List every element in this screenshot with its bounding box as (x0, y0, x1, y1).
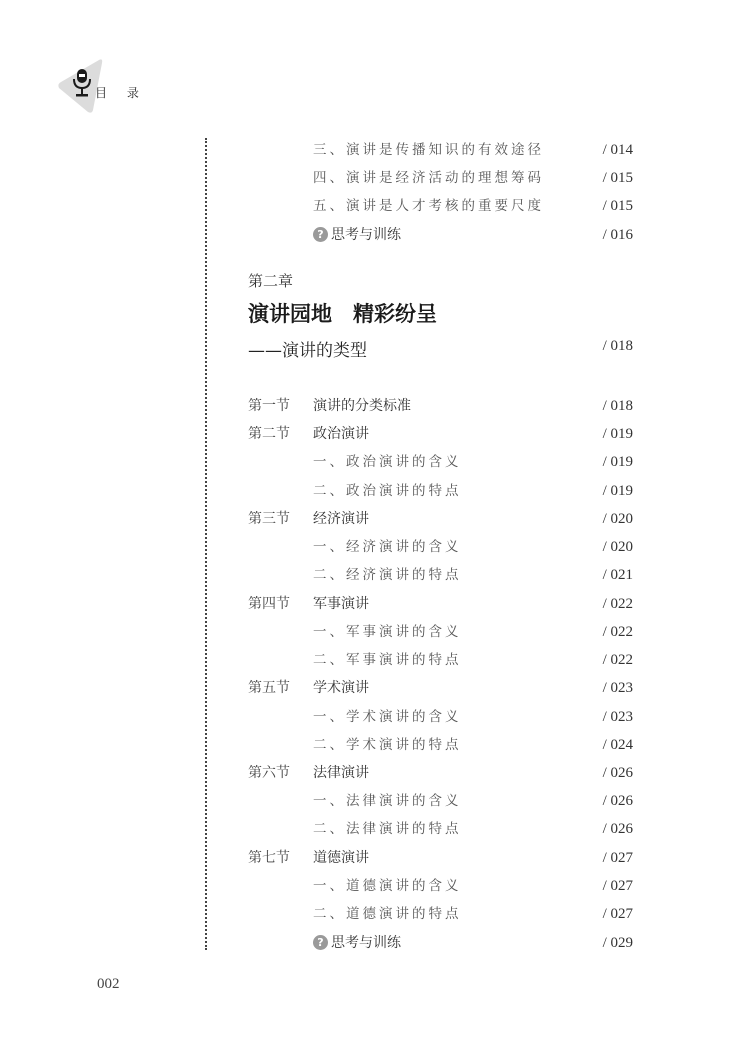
page-number: / 019 (603, 422, 633, 446)
entry-label: 四、演讲是经济活动的理想筹码 (313, 166, 544, 190)
entry-label: 五、演讲是人才考核的重要尺度 (313, 194, 544, 218)
toc-entry[interactable]: 二、法律演讲的特点 / 026 (0, 817, 750, 841)
section-label: 政治演讲 (313, 422, 369, 446)
section-label: 演讲的分类标准 (313, 394, 411, 418)
chapter-label: 第二章 (248, 270, 293, 291)
page-number: / 018 (603, 394, 633, 418)
page-number: / 027 (603, 902, 633, 926)
toc-entry[interactable]: 五、演讲是人才考核的重要尺度 / 015 (0, 194, 750, 218)
toc-entry[interactable]: 二、学术演讲的特点 / 024 (0, 733, 750, 757)
microphone-icon (72, 68, 92, 98)
page-number: / 023 (603, 705, 633, 729)
page-number: / 016 (603, 223, 633, 247)
page-number: / 019 (603, 479, 633, 503)
entry-label: 一、学术演讲的含义 (313, 705, 462, 729)
entry-label: 二、经济演讲的特点 (313, 563, 462, 587)
page-folio: 002 (97, 976, 120, 993)
toc-entry[interactable]: 一、军事演讲的含义 / 022 (0, 620, 750, 644)
page-number: / 014 (603, 138, 633, 162)
entry-label: 一、军事演讲的含义 (313, 620, 462, 644)
page-number: / 019 (603, 450, 633, 474)
page-number: / 021 (603, 563, 633, 587)
toc-entry[interactable]: 一、道德演讲的含义 / 027 (0, 874, 750, 898)
toc-section[interactable]: 第二节 政治演讲 / 019 (0, 422, 750, 446)
page-number: / 024 (603, 733, 633, 757)
entry-label: 二、法律演讲的特点 (313, 817, 462, 841)
section-label: 道德演讲 (313, 846, 369, 870)
entry-label: 三、演讲是传播知识的有效途径 (313, 138, 544, 162)
chapter-title[interactable]: 演讲园地 精彩纷呈 (248, 298, 437, 328)
entry-label: 二、道德演讲的特点 (313, 902, 462, 926)
question-icon: ? (313, 227, 328, 242)
page-number: / 027 (603, 846, 633, 870)
entry-label: 二、学术演讲的特点 (313, 733, 462, 757)
entry-label-wrap: ?思考与训练 (313, 223, 401, 247)
toc-section[interactable]: 第四节 军事演讲 / 022 (0, 592, 750, 616)
toc-entry-exercise[interactable]: ?思考与训练 / 016 (0, 223, 750, 247)
page-number: / 015 (603, 166, 633, 190)
page-number: / 022 (603, 592, 633, 616)
toc-entry[interactable]: 一、政治演讲的含义 / 019 (0, 450, 750, 474)
toc-entry[interactable]: 一、学术演讲的含义 / 023 (0, 705, 750, 729)
page-number: / 026 (603, 761, 633, 785)
page-number: / 015 (603, 194, 633, 218)
toc-section[interactable]: 第七节 道德演讲 / 027 (0, 846, 750, 870)
section-label: 学术演讲 (313, 676, 369, 700)
entry-label: 一、经济演讲的含义 (313, 535, 462, 559)
entry-label: 思考与训练 (331, 227, 401, 243)
entry-label: 思考与训练 (331, 935, 401, 951)
toc-entry[interactable]: 一、法律演讲的含义 / 026 (0, 789, 750, 813)
toc-entry[interactable]: 二、经济演讲的特点 / 021 (0, 563, 750, 587)
entry-label-wrap: ?思考与训练 (313, 931, 401, 955)
section-label: 军事演讲 (313, 592, 369, 616)
entry-label: 一、道德演讲的含义 (313, 874, 462, 898)
question-icon: ? (313, 935, 328, 950)
page-number: / 022 (603, 620, 633, 644)
toc-section[interactable]: 第一节 演讲的分类标准 / 018 (0, 394, 750, 418)
toc-section[interactable]: 第三节 经济演讲 / 020 (0, 507, 750, 531)
page-number: / 022 (603, 648, 633, 672)
chapter-page-number: / 018 (603, 338, 633, 355)
page-number: / 029 (603, 931, 633, 955)
section-label: 法律演讲 (313, 761, 369, 785)
section-number: 第四节 (248, 592, 290, 616)
page-number: / 020 (603, 507, 633, 531)
entry-label: 一、政治演讲的含义 (313, 450, 462, 474)
page-number: / 027 (603, 874, 633, 898)
toc-entry-exercise[interactable]: ?思考与训练 / 029 (0, 931, 750, 955)
chapter-subtitle: ——演讲的类型 (248, 336, 367, 361)
entry-label: 一、法律演讲的含义 (313, 789, 462, 813)
entry-label: 二、军事演讲的特点 (313, 648, 462, 672)
toc-entry[interactable]: 四、演讲是经济活动的理想筹码 / 015 (0, 166, 750, 190)
header-title: 目 录 (95, 84, 147, 101)
toc-entry[interactable]: 一、经济演讲的含义 / 020 (0, 535, 750, 559)
section-label: 经济演讲 (313, 507, 369, 531)
page-number: / 026 (603, 817, 633, 841)
toc-entry[interactable]: 二、政治演讲的特点 / 019 (0, 479, 750, 503)
section-number: 第七节 (248, 846, 290, 870)
page-header: 目 录 (55, 58, 195, 118)
section-number: 第二节 (248, 422, 290, 446)
entry-label: 二、政治演讲的特点 (313, 479, 462, 503)
toc-section[interactable]: 第五节 学术演讲 / 023 (0, 676, 750, 700)
toc-section[interactable]: 第六节 法律演讲 / 026 (0, 761, 750, 785)
section-number: 第五节 (248, 676, 290, 700)
toc-entry[interactable]: 二、道德演讲的特点 / 027 (0, 902, 750, 926)
section-number: 第一节 (248, 394, 290, 418)
toc-entry[interactable]: 二、军事演讲的特点 / 022 (0, 648, 750, 672)
toc-entry[interactable]: 三、演讲是传播知识的有效途径 / 014 (0, 138, 750, 162)
page-number: / 020 (603, 535, 633, 559)
page-number: / 026 (603, 789, 633, 813)
page-number: / 023 (603, 676, 633, 700)
section-number: 第三节 (248, 507, 290, 531)
section-number: 第六节 (248, 761, 290, 785)
